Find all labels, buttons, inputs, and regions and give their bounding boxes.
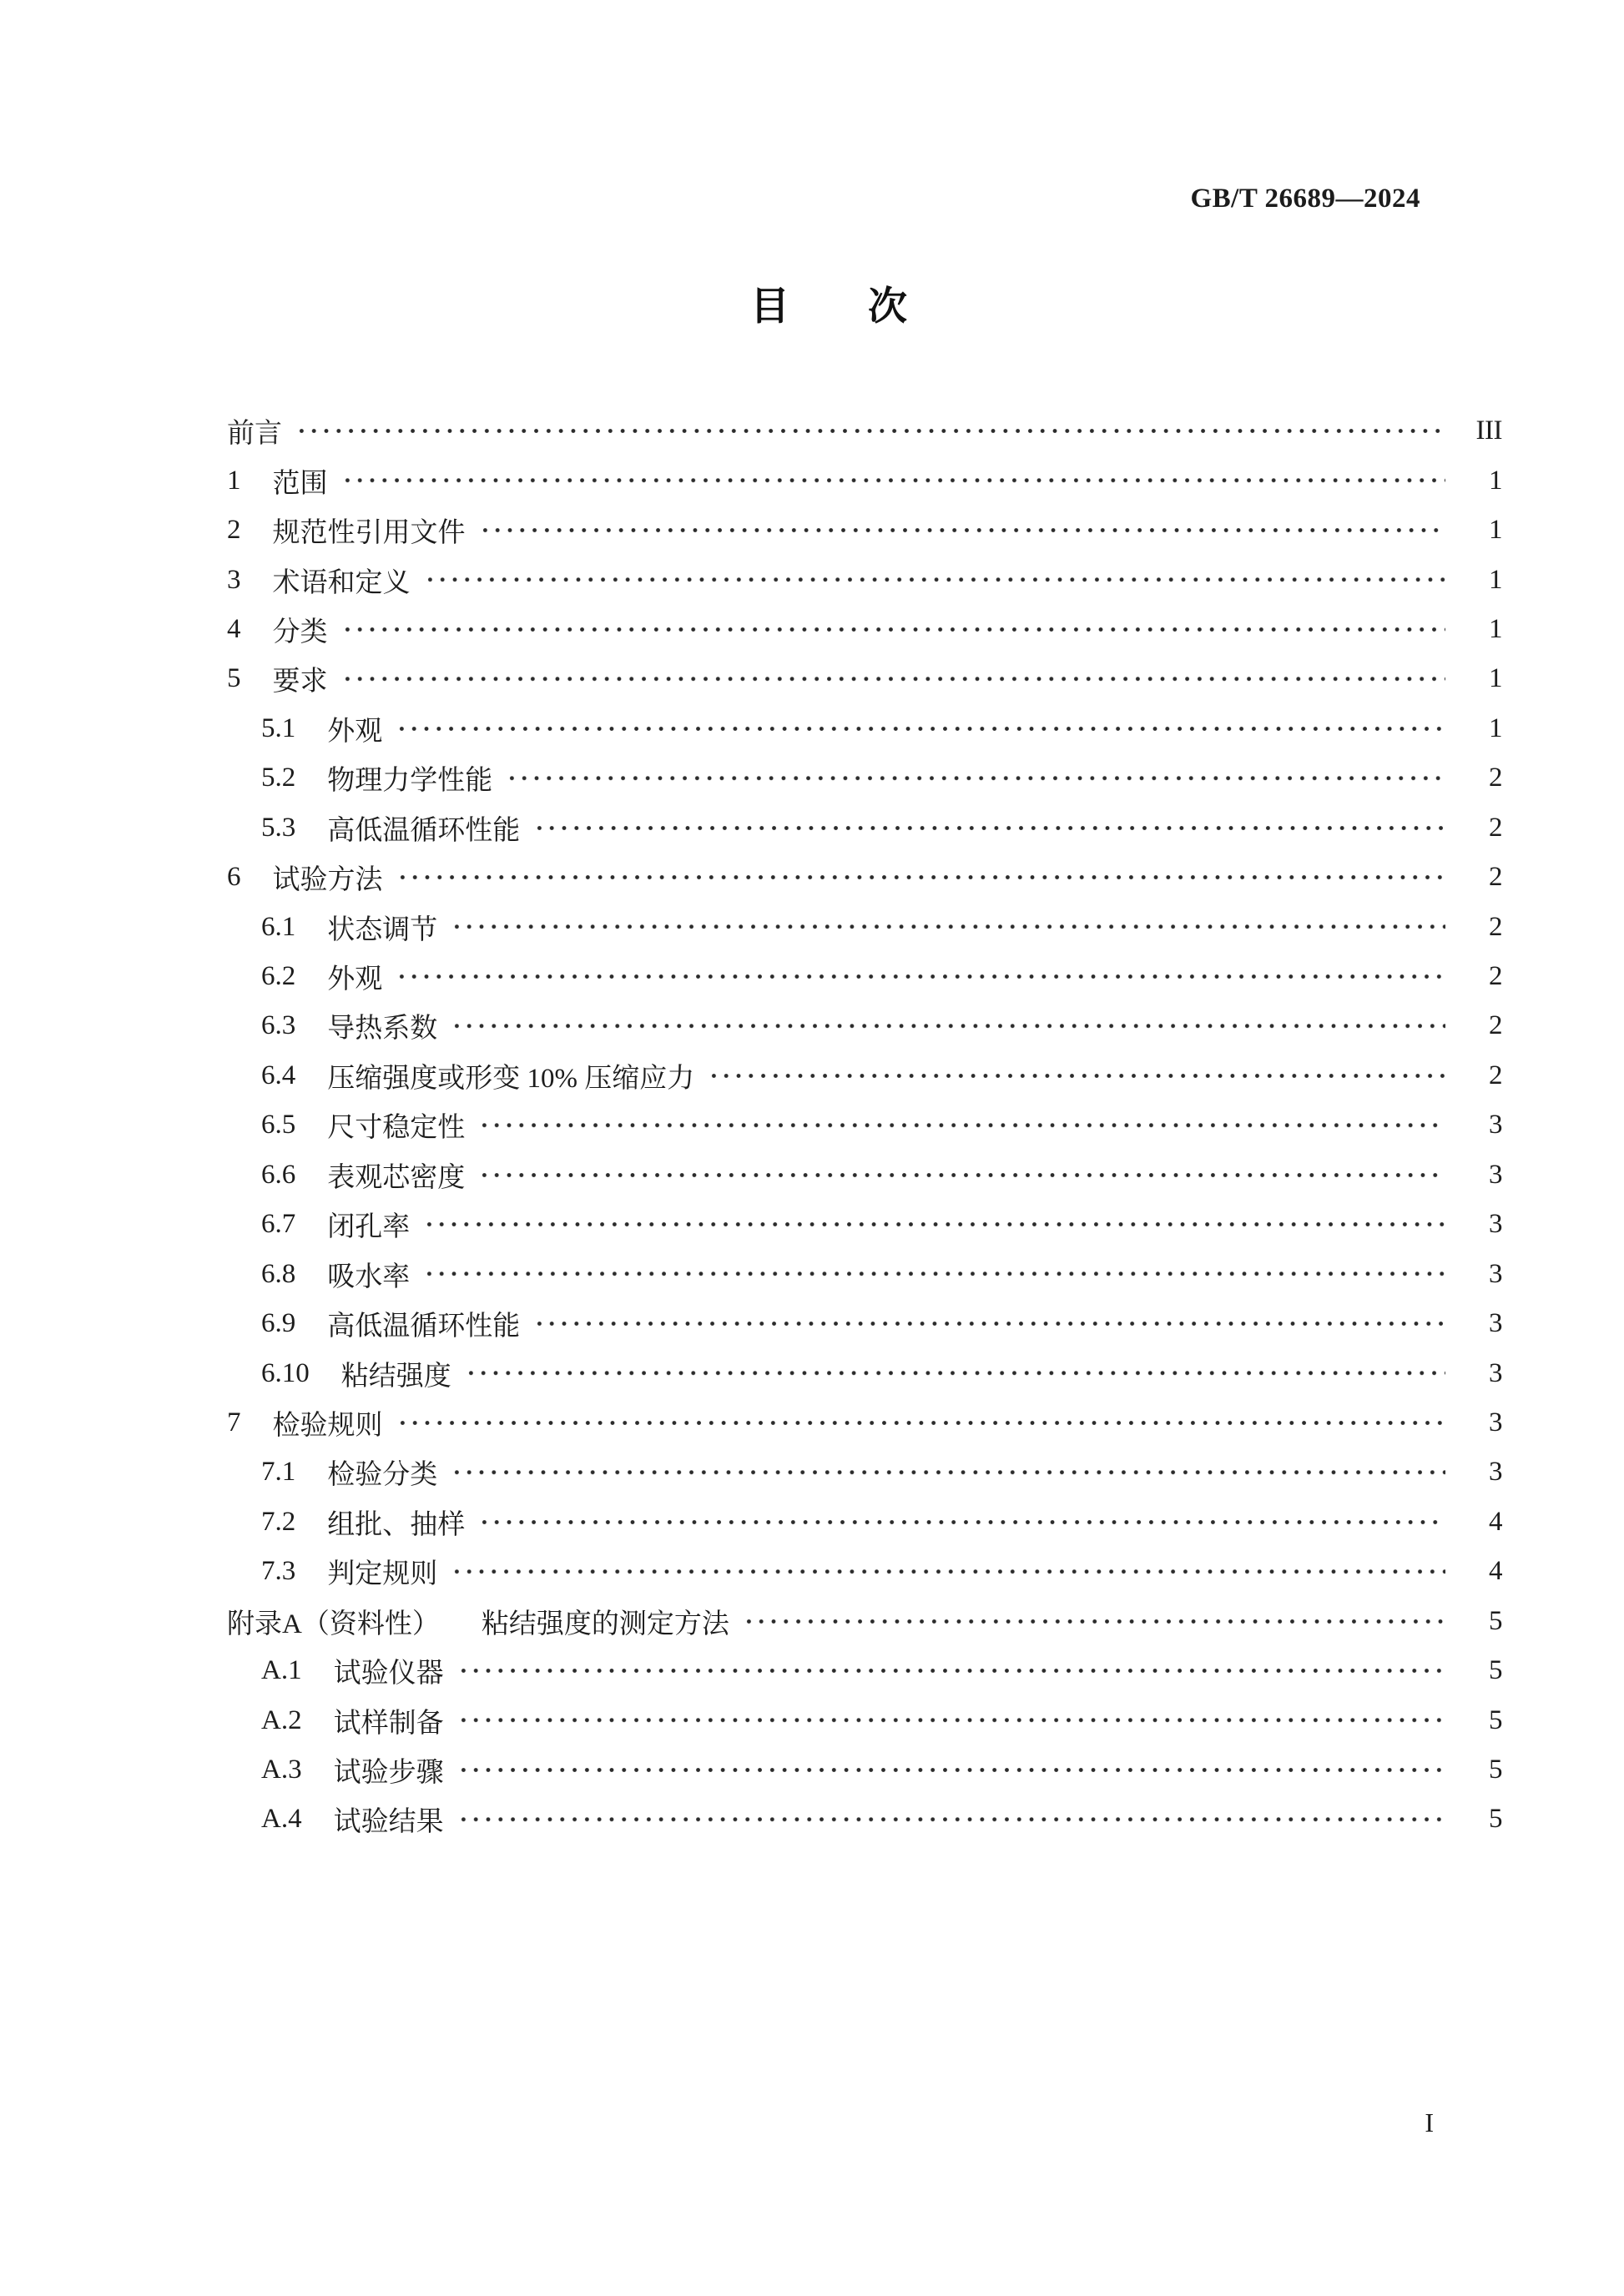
dotted-leader <box>396 952 1445 1001</box>
page-title: 目 次 <box>33 275 1624 331</box>
toc-entry-number: 6.3 <box>261 1010 295 1041</box>
toc-entry-number: A.3 <box>261 1755 302 1785</box>
dotted-leader <box>451 1001 1445 1050</box>
toc-entry-page: 1 <box>1454 713 1502 744</box>
toc-entry-page: 1 <box>1454 466 1502 496</box>
dotted-leader <box>533 803 1445 853</box>
dotted-leader <box>424 555 1446 604</box>
toc-entry-page: 5 <box>1454 1804 1502 1835</box>
toc-entry-label: 组批、抽样 <box>327 1503 465 1542</box>
toc-entry-number: 1 <box>227 466 241 496</box>
toc-entry-label: 导热系数 <box>327 1006 437 1045</box>
toc-entry-number: 7 <box>227 1407 241 1438</box>
toc-entry-number: 6.7 <box>261 1209 295 1240</box>
toc-entry-label: 检验规则 <box>273 1403 383 1443</box>
toc-entry: 4分类1 <box>227 605 1502 654</box>
toc-entry-number: 6.10 <box>261 1358 310 1389</box>
toc-entry-page: 5 <box>1454 1755 1502 1785</box>
toc-entry: 5.1外观1 <box>227 704 1502 753</box>
toc-entry-label: 试验方法 <box>273 858 383 897</box>
toc-entry: 附录A（资料性）粘结强度的测定方法5 <box>227 1597 1502 1646</box>
toc-entry: A.3试验步骤5 <box>227 1745 1502 1795</box>
toc-entry-page: 3 <box>1454 1209 1502 1240</box>
toc-entry: 前言III <box>227 406 1502 456</box>
toc-entry: A.1试验仪器5 <box>227 1646 1502 1695</box>
toc-entry-page: III <box>1454 415 1502 446</box>
toc-entry-label: 前言 <box>227 411 282 451</box>
toc-entry-page: 1 <box>1454 565 1502 596</box>
dotted-leader <box>341 605 1446 654</box>
toc-entry: A.2试样制备5 <box>227 1695 1502 1745</box>
toc-entry: 5要求1 <box>227 654 1502 703</box>
toc-entry-page: 3 <box>1454 1110 1502 1140</box>
standard-number: GB/T 26689—2024 <box>1190 184 1420 214</box>
toc-entry-number: 7.3 <box>261 1556 295 1587</box>
toc-entry-number: A.4 <box>261 1804 302 1835</box>
toc-entry-label: 闭孔率 <box>327 1205 410 1244</box>
toc-entry-page: 5 <box>1454 1655 1502 1686</box>
toc-entry: 2规范性引用文件1 <box>227 506 1502 555</box>
toc-entry: 5.3高低温循环性能2 <box>227 803 1502 853</box>
toc-entry-page: 2 <box>1454 813 1502 843</box>
toc-entry-label: 外观 <box>327 709 382 748</box>
toc-entry-page: 3 <box>1454 1358 1502 1389</box>
dotted-leader <box>457 1695 1445 1745</box>
toc-entry-label: 压缩强度或形变 10% 压缩应力 <box>327 1056 694 1095</box>
toc-entry: 6.5尺寸稳定性3 <box>227 1100 1502 1150</box>
toc-entry-page: 5 <box>1454 1606 1502 1637</box>
toc-entry-number: 7.2 <box>261 1507 295 1538</box>
toc-entry-page: 1 <box>1454 515 1502 546</box>
toc-entry-label: 状态调节 <box>327 908 437 947</box>
dotted-leader <box>533 1299 1445 1348</box>
toc-entry-number: 6.2 <box>261 961 295 992</box>
toc-entry-page: 3 <box>1454 1407 1502 1438</box>
dotted-leader <box>451 902 1445 951</box>
toc-entry: 6.4压缩强度或形变 10% 压缩应力2 <box>227 1051 1502 1100</box>
toc-entry: 6.7闭孔率3 <box>227 1200 1502 1249</box>
toc-entry-page: 3 <box>1454 1308 1502 1339</box>
toc-entry-number: 2 <box>227 515 241 546</box>
toc-entry: 7检验规则3 <box>227 1398 1502 1448</box>
toc-entry: 6.1状态调节2 <box>227 902 1502 951</box>
toc-entry: 5.2物理力学性能2 <box>227 753 1502 803</box>
toc-entry-page: 2 <box>1454 763 1502 793</box>
toc-entry-label: 判定规则 <box>327 1552 437 1591</box>
dotted-leader <box>341 456 1446 505</box>
toc-entry-label: 粘结强度的测定方法 <box>482 1602 729 1641</box>
toc-entry-page: 4 <box>1454 1556 1502 1587</box>
toc-entry-number: A.2 <box>261 1705 302 1736</box>
toc-entry-label: 要求 <box>273 659 328 698</box>
toc-entry-page: 1 <box>1454 663 1502 694</box>
toc-entry: 1范围1 <box>227 456 1502 505</box>
toc-entry-number: 5 <box>227 663 241 694</box>
toc-entry: 6.2外观2 <box>227 952 1502 1001</box>
dotted-leader <box>295 406 1445 456</box>
toc-entry-page: 3 <box>1454 1259 1502 1290</box>
dotted-leader <box>423 1249 1445 1298</box>
toc-entry: 3术语和定义1 <box>227 555 1502 604</box>
toc-entry-page: 2 <box>1454 961 1502 992</box>
dotted-leader <box>341 654 1446 703</box>
toc-entry-page: 5 <box>1454 1705 1502 1736</box>
toc-entry-number: 3 <box>227 565 241 596</box>
toc-entry-label: 试验结果 <box>334 1800 444 1839</box>
dotted-leader <box>708 1051 1445 1100</box>
dotted-leader <box>451 1547 1445 1596</box>
page-number-marker: I <box>1425 2107 1433 2138</box>
dotted-leader <box>465 1348 1445 1397</box>
toc-entry: 6.10粘结强度3 <box>227 1348 1502 1397</box>
toc-entry-page: 4 <box>1454 1507 1502 1538</box>
toc-entry-number: 6 <box>227 862 241 893</box>
toc-entry-number: 7.1 <box>261 1457 295 1488</box>
toc-entry-page: 2 <box>1454 912 1502 943</box>
toc-entry-label: 粘结强度 <box>341 1354 451 1393</box>
toc-entry-number: 6.4 <box>261 1060 295 1091</box>
toc-entry-number: 附录A（资料性） <box>227 1602 440 1641</box>
toc-entry-page: 2 <box>1454 1010 1502 1041</box>
document-page: GB/T 26689—2024 目 次 前言III1范围12规范性引用文件13术… <box>0 0 1624 2296</box>
toc-entry: A.4试验结果5 <box>227 1795 1502 1844</box>
toc-entry-page: 1 <box>1454 614 1502 645</box>
toc-entry-label: 术语和定义 <box>273 561 411 600</box>
toc-entry: 6.6表观芯密度3 <box>227 1151 1502 1200</box>
toc-entry: 7.2组批、抽样4 <box>227 1498 1502 1547</box>
toc-entry-page: 3 <box>1454 1160 1502 1191</box>
toc-entry-number: 5.1 <box>261 713 295 744</box>
dotted-leader <box>478 1100 1445 1150</box>
dotted-leader <box>457 1646 1445 1695</box>
toc-entry-number: 5.2 <box>261 763 295 793</box>
toc-entry-label: 检验分类 <box>327 1453 437 1492</box>
toc-entry-label: 规范性引用文件 <box>273 511 466 550</box>
toc-entry-label: 吸水率 <box>327 1255 410 1294</box>
toc-entry: 7.3判定规则4 <box>227 1547 1502 1596</box>
dotted-leader <box>457 1745 1445 1795</box>
toc-entry: 6.3导热系数2 <box>227 1001 1502 1050</box>
dotted-leader <box>396 853 1446 902</box>
dotted-leader <box>396 1398 1446 1448</box>
toc-entry-number: 6.5 <box>261 1110 295 1140</box>
dotted-leader <box>451 1448 1445 1497</box>
toc-entry-label: 试样制备 <box>334 1701 444 1740</box>
toc-entry-number: A.1 <box>261 1655 302 1686</box>
toc-entry-label: 表观芯密度 <box>327 1156 465 1195</box>
toc-entry-label: 高低温循环性能 <box>327 808 520 848</box>
toc-entry-label: 试验仪器 <box>334 1651 444 1690</box>
toc-entry-page: 3 <box>1454 1457 1502 1488</box>
toc-entry-label: 外观 <box>327 957 382 996</box>
toc-entry-number: 6.1 <box>261 912 295 943</box>
dotted-leader <box>396 704 1445 753</box>
dotted-leader <box>457 1795 1445 1844</box>
toc-entry-label: 高低温循环性能 <box>327 1304 520 1343</box>
toc-entry-label: 分类 <box>273 610 328 649</box>
dotted-leader <box>743 1597 1445 1646</box>
dotted-leader <box>479 506 1446 555</box>
toc-entry-number: 6.8 <box>261 1259 295 1290</box>
toc-entry-number: 6.6 <box>261 1160 295 1191</box>
toc-entry: 6试验方法2 <box>227 853 1502 902</box>
toc-entry-label: 试验步骤 <box>334 1750 444 1790</box>
toc-entry-label: 范围 <box>273 461 328 501</box>
toc-entry: 6.8吸水率3 <box>227 1249 1502 1298</box>
dotted-leader <box>506 753 1445 803</box>
toc-entry-number: 4 <box>227 614 241 645</box>
toc-entry-number: 5.3 <box>261 813 295 843</box>
toc-entry: 7.1检验分类3 <box>227 1448 1502 1497</box>
toc-entry-label: 物理力学性能 <box>327 758 492 798</box>
toc-entry-number: 6.9 <box>261 1308 295 1339</box>
toc-entry-page: 2 <box>1454 862 1502 893</box>
dotted-leader <box>423 1200 1445 1249</box>
dotted-leader <box>478 1498 1445 1547</box>
toc-entry-label: 尺寸稳定性 <box>327 1105 465 1145</box>
toc-entry-page: 2 <box>1454 1060 1502 1091</box>
toc-entry: 6.9高低温循环性能3 <box>227 1299 1502 1348</box>
dotted-leader <box>478 1151 1445 1200</box>
table-of-contents: 前言III1范围12规范性引用文件13术语和定义14分类15要求15.1外观15… <box>227 406 1502 1845</box>
